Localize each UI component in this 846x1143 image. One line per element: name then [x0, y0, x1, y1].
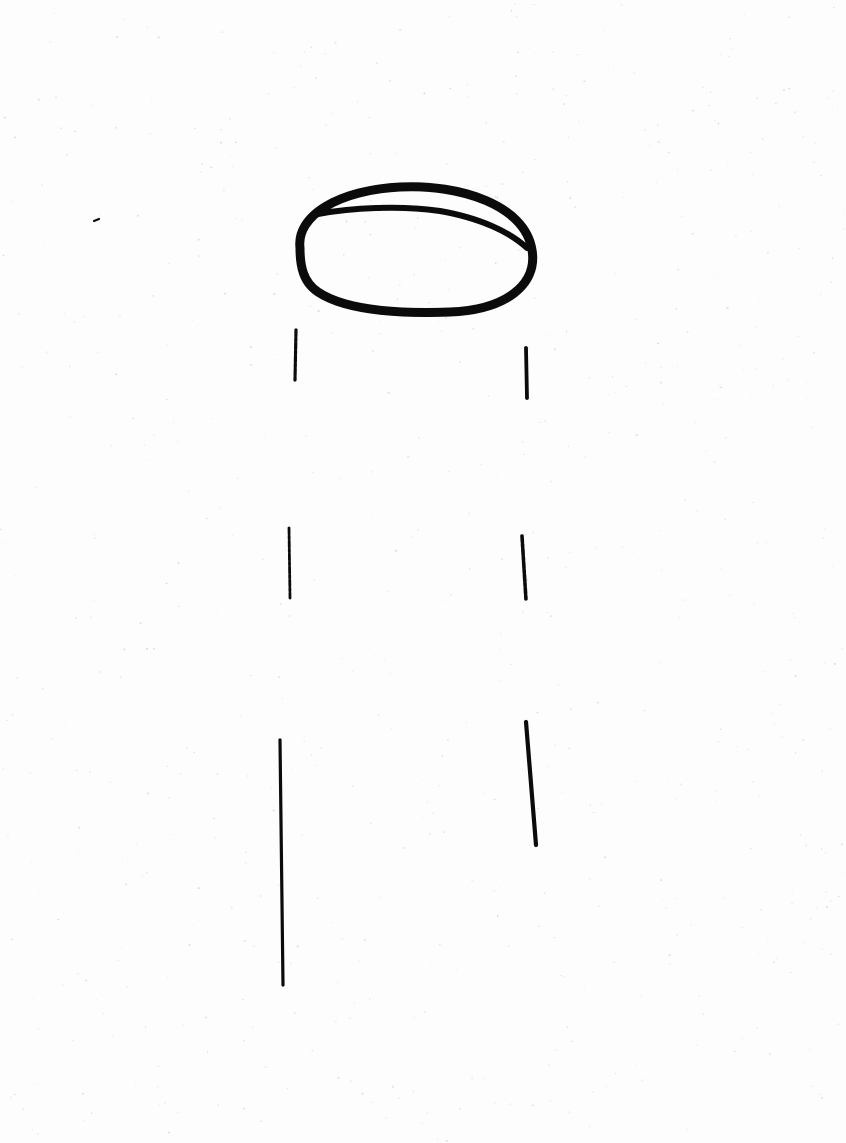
right-side-stroke — [526, 348, 527, 398]
left-side-dashed-edge — [280, 330, 296, 985]
right-side-stroke — [522, 536, 526, 600]
left-side-stroke — [280, 740, 283, 985]
left-side-stroke — [295, 330, 296, 380]
cylinder-inner-rim-arc — [318, 208, 527, 248]
cylinder-sketch — [0, 0, 846, 1143]
right-side-stroke — [526, 722, 536, 845]
right-side-dashed-edge — [522, 348, 536, 845]
paper-texture — [0, 2, 845, 1141]
left-side-stroke — [289, 528, 290, 598]
paper-canvas — [0, 0, 846, 1143]
stray-pen-mark — [94, 219, 99, 221]
